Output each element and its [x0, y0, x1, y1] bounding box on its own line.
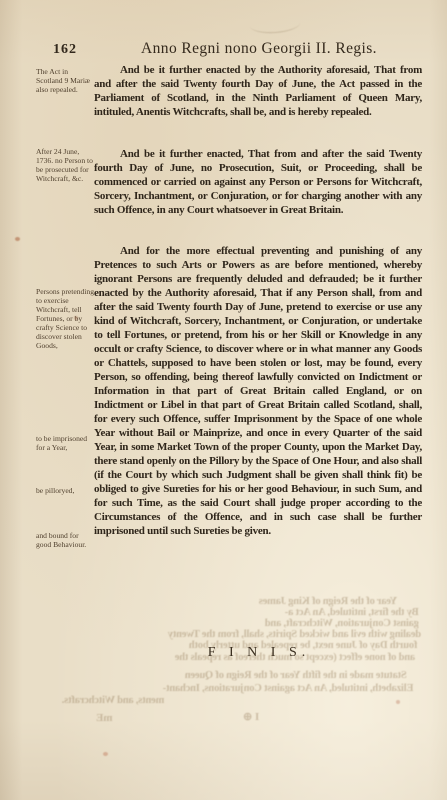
foxing-speck: [396, 700, 400, 704]
showthrough-signature-mark: I ⊕: [243, 710, 259, 723]
foxing-speck: [103, 752, 108, 756]
showthrough-line: gainst Conjuration, Witchcraft, and: [265, 618, 419, 629]
finis-text: F I N I S.: [95, 645, 423, 661]
body-paragraph: And be it further enacted by the Authori…: [94, 63, 422, 119]
pencil-mark: [249, 14, 300, 34]
body-paragraph: And be it further enacted, That from and…: [94, 147, 422, 217]
margin-note-pilloryed: be pilloryed,: [36, 486, 94, 495]
showthrough-line: Elizabeth, intituled, An Act against Con…: [163, 683, 413, 694]
margin-note-imprisoned: to be imprisoned for a Year,: [36, 434, 94, 452]
running-title: Anno Regni nono Georgii II. Regis.: [95, 40, 423, 58]
foxing-speck: [15, 237, 20, 241]
book-page: 162 Anno Regni nono Georgii II. Regis. T…: [0, 0, 447, 800]
showthrough-line: dealing with evil and wicked Spirits, sh…: [168, 629, 421, 640]
foxing-speck: [74, 316, 78, 320]
showthrough-line: By the first, intituled, An Act a-: [285, 607, 419, 618]
margin-note-act-repealed: The Act in Scotland 9 Mariæ also repeale…: [36, 67, 94, 94]
showthrough-line: ments, and Witchcrafts.: [62, 695, 164, 706]
margin-note-persons-pretending: Persons pretending to exercise Witchcraf…: [36, 287, 94, 350]
showthrough-signature-mark: mE: [96, 712, 113, 724]
page-number: 162: [53, 42, 77, 58]
body-paragraph: And for the more effectual preventing an…: [94, 244, 422, 538]
showthrough-line: Statute made in the fifth Year of the Re…: [185, 670, 407, 681]
margin-note-sureties: and bound for good Behaviour.: [36, 531, 94, 549]
margin-note-no-prosecution: After 24 June, 1736. no Person to be pro…: [36, 147, 94, 183]
showthrough-line: Year of the Reign of King James: [259, 596, 397, 607]
